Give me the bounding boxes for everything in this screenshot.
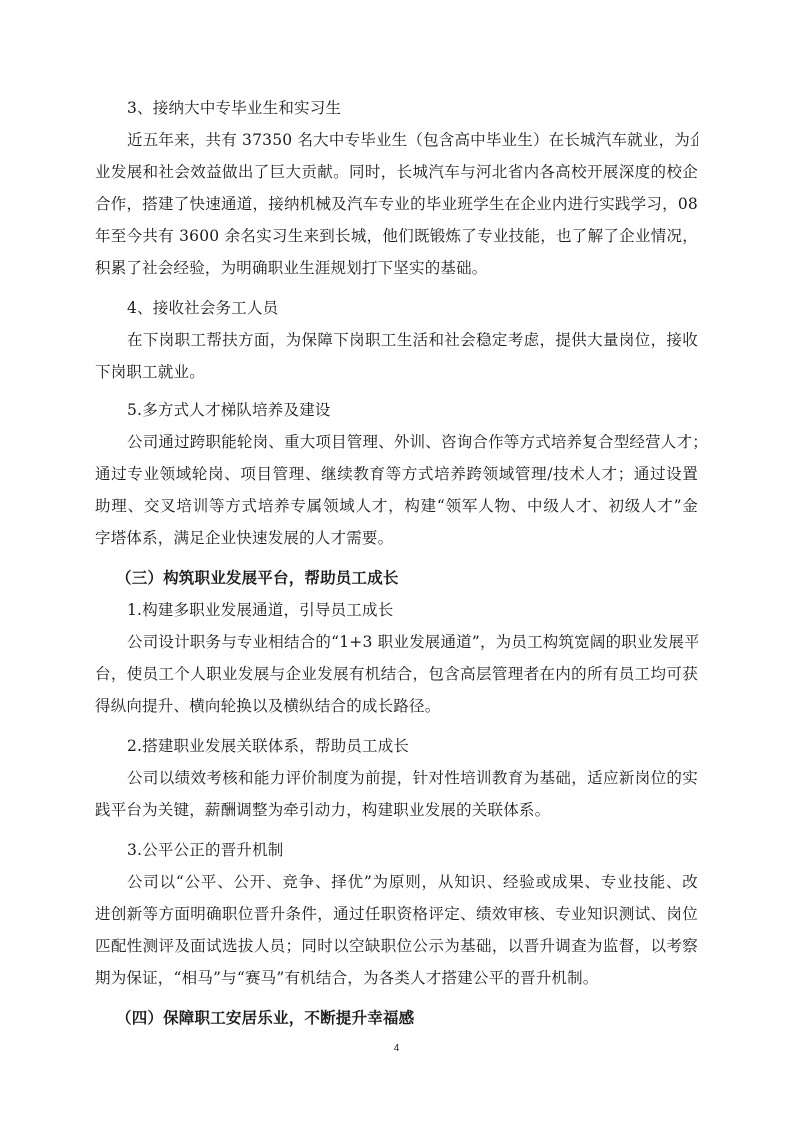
paragraph-line: 期为保证，“相马”与“赛马”有机结合，为各类人才搭建公平的晋升机制。 [95, 968, 698, 988]
part-title: （三）构筑职业发展平台，帮助员工成长 [116, 568, 719, 588]
paragraph-line: 进创新等方面明确职位晋升条件，通过任职资格评定、绩效审核、专业知识测试、岗位 [95, 904, 698, 924]
paragraph-line: 台，使员工个人职业发展与企业发展有机结合，包含高层管理者在内的所有员工均可获 [95, 664, 698, 684]
paragraph-line: 践平台为关键，薪酬调整为牵引动力，构建职业发展的关联体系。 [95, 800, 698, 820]
paragraph-line: 下岗职工就业。 [95, 362, 698, 382]
paragraph-line: 积累了社会经验，为明确职业生涯规划打下坚实的基础。 [95, 258, 698, 278]
section-heading: 3、接纳大中专毕业生和实习生 [127, 98, 698, 118]
subsection-heading: 2.搭建职业发展关联体系，帮助员工成长 [127, 736, 698, 756]
part-title: （四）保障职工安居乐业，不断提升幸福感 [116, 1008, 719, 1028]
paragraph-line: 公司通过跨职能轮岗、重大项目管理、外训、咨询合作等方式培养复合型经营人才； [127, 432, 698, 452]
document-page: 3、接纳大中专毕业生和实习生 近五年来，共有 37350 名大中专毕业生（包含高… [0, 0, 793, 1122]
section-heading: 4、接收社会务工人员 [127, 298, 698, 318]
section-heading: 5.多方式人才梯队培养及建设 [127, 400, 698, 420]
paragraph-line: 合作，搭建了快速通道，接纳机械及汽车专业的毕业班学生在企业内进行实践学习，08 [95, 194, 698, 214]
paragraph-line: 公司以“公平、公开、竞争、择优”为原则，从知识、经验或成果、专业技能、改 [127, 872, 698, 892]
paragraph-line: 匹配性测评及面试选拔人员；同时以空缺职位公示为基础，以晋升调查为监督，以考察 [95, 936, 698, 956]
paragraph-line: 公司以绩效考核和能力评价制度为前提，针对性培训教育为基础，适应新岗位的实 [127, 768, 698, 788]
subsection-heading: 1.构建多职业发展通道，引导员工成长 [127, 600, 698, 620]
paragraph-line: 年至今共有 3600 余名实习生来到长城，他们既锻炼了专业技能，也了解了企业情况… [95, 226, 698, 246]
paragraph-line: 字塔体系，满足企业快速发展的人才需要。 [95, 528, 698, 548]
paragraph-line: 通过专业领域轮岗、项目管理、继续教育等方式培养跨领域管理/技术人才；通过设置 [95, 464, 698, 484]
paragraph-line: 近五年来，共有 37350 名大中专毕业生（包含高中毕业生）在长城汽车就业，为企 [127, 130, 698, 150]
paragraph-line: 助理、交叉培训等方式培养专属领域人才，构建“领军人物、中级人才、初级人才”金 [95, 496, 698, 516]
subsection-heading: 3.公平公正的晋升机制 [127, 840, 698, 860]
page-number: 4 [0, 1043, 793, 1054]
paragraph-line: 公司设计职务与专业相结合的“1+3 职业发展通道”，为员工构筑宽阔的职业发展平 [127, 632, 698, 652]
paragraph-line: 业发展和社会效益做出了巨大贡献。同时，长城汽车与河北省内各高校开展深度的校企 [95, 162, 698, 182]
paragraph-line: 得纵向提升、横向轮换以及横纵结合的成长路径。 [95, 696, 698, 716]
paragraph-line: 在下岗职工帮扶方面，为保障下岗职工生活和社会稳定考虑，提供大量岗位，接收 [127, 330, 698, 350]
